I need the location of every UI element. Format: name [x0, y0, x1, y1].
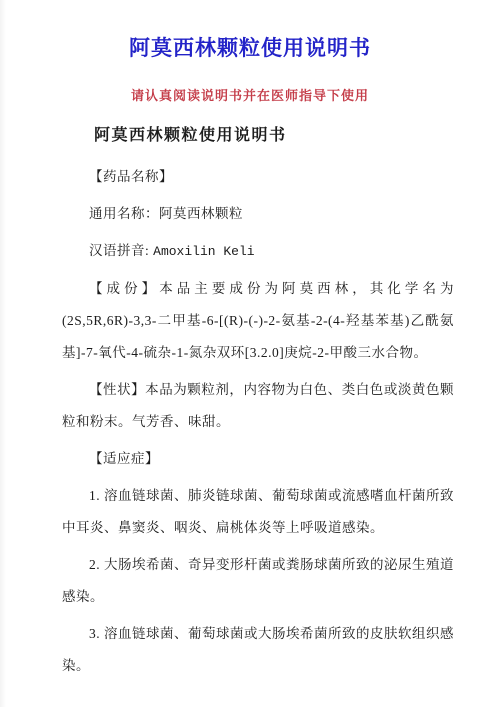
section-composition: 【成份】本品主要成份为阿莫西林，其化学名为(2S,5R,6R)-3,3-二甲基-… — [62, 273, 454, 369]
indication-item-2: 2. 大肠埃希菌、奇异变形杆菌或粪肠球菌所致的泌尿生殖道感染。 — [62, 549, 454, 613]
generic-name-line: 通用名称：阿莫西林颗粒 — [62, 198, 454, 230]
indication-item-3: 3. 溶血链球菌、葡萄球菌或大肠埃希菌所致的皮肤软组织感染。 — [62, 618, 454, 682]
section-properties: 【性状】本品为颗粒剂，内容物为白色、类白色或淡黄色颗粒和粉末。气芳香、味甜。 — [62, 374, 454, 438]
section-indications-label: 【适应症】 — [62, 443, 454, 475]
pinyin-value: Amoxilin Keli — [153, 244, 254, 259]
pinyin-line: 汉语拼音: Amoxilin Keli — [62, 235, 454, 268]
instruction-sheet-page: 阿莫西林颗粒使用说明书 请认真阅读说明书并在医师指导下使用 阿莫西林颗粒使用说明… — [0, 0, 500, 707]
document-subtitle: 请认真阅读说明书并在医师指导下使用 — [0, 88, 500, 104]
indication-item-1: 1. 溶血链球菌、肺炎链球菌、葡萄球菌或流感嗜血杆菌所致中耳炎、鼻窦炎、咽炎、扁… — [62, 480, 454, 544]
body-heading: 阿莫西林颗粒使用说明书 — [62, 125, 454, 147]
document-body: 阿莫西林颗粒使用说明书 【药品名称】 通用名称：阿莫西林颗粒 汉语拼音: Amo… — [62, 125, 454, 682]
document-title: 阿莫西林颗粒使用说明书 — [0, 0, 500, 61]
pinyin-label: 汉语拼音: — [89, 243, 153, 258]
section-drug-name-label: 【药品名称】 — [62, 161, 454, 193]
